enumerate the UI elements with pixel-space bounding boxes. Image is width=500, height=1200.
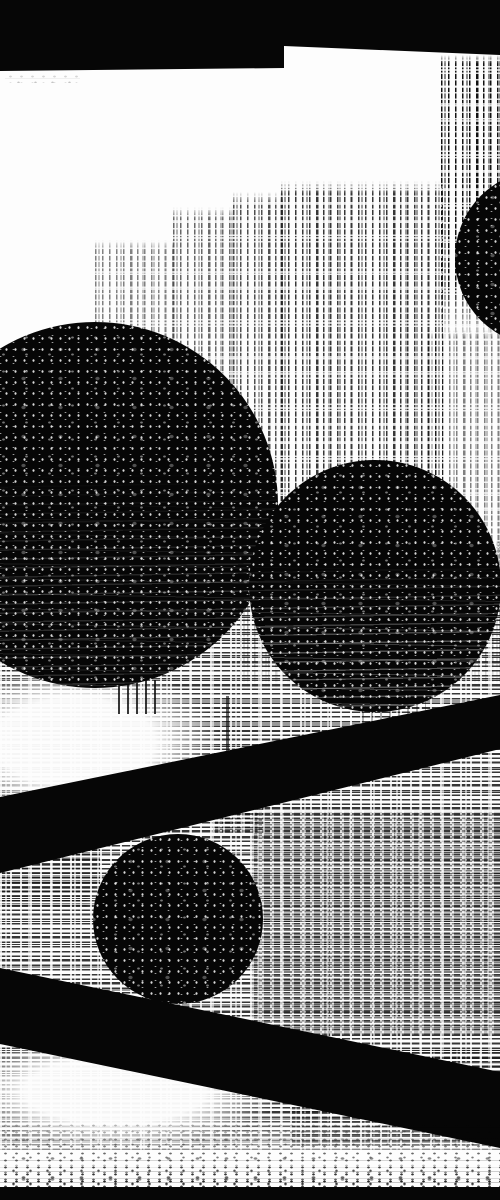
diagonal-bar-lower: [0, 968, 500, 1148]
artwork-canvas: [0, 0, 500, 1200]
footer-baseline-strip: [0, 1187, 500, 1200]
ink-polygon-overlay: [0, 0, 500, 1200]
header-bar: [0, 0, 500, 71]
diagonal-bar-upper: [0, 695, 500, 873]
